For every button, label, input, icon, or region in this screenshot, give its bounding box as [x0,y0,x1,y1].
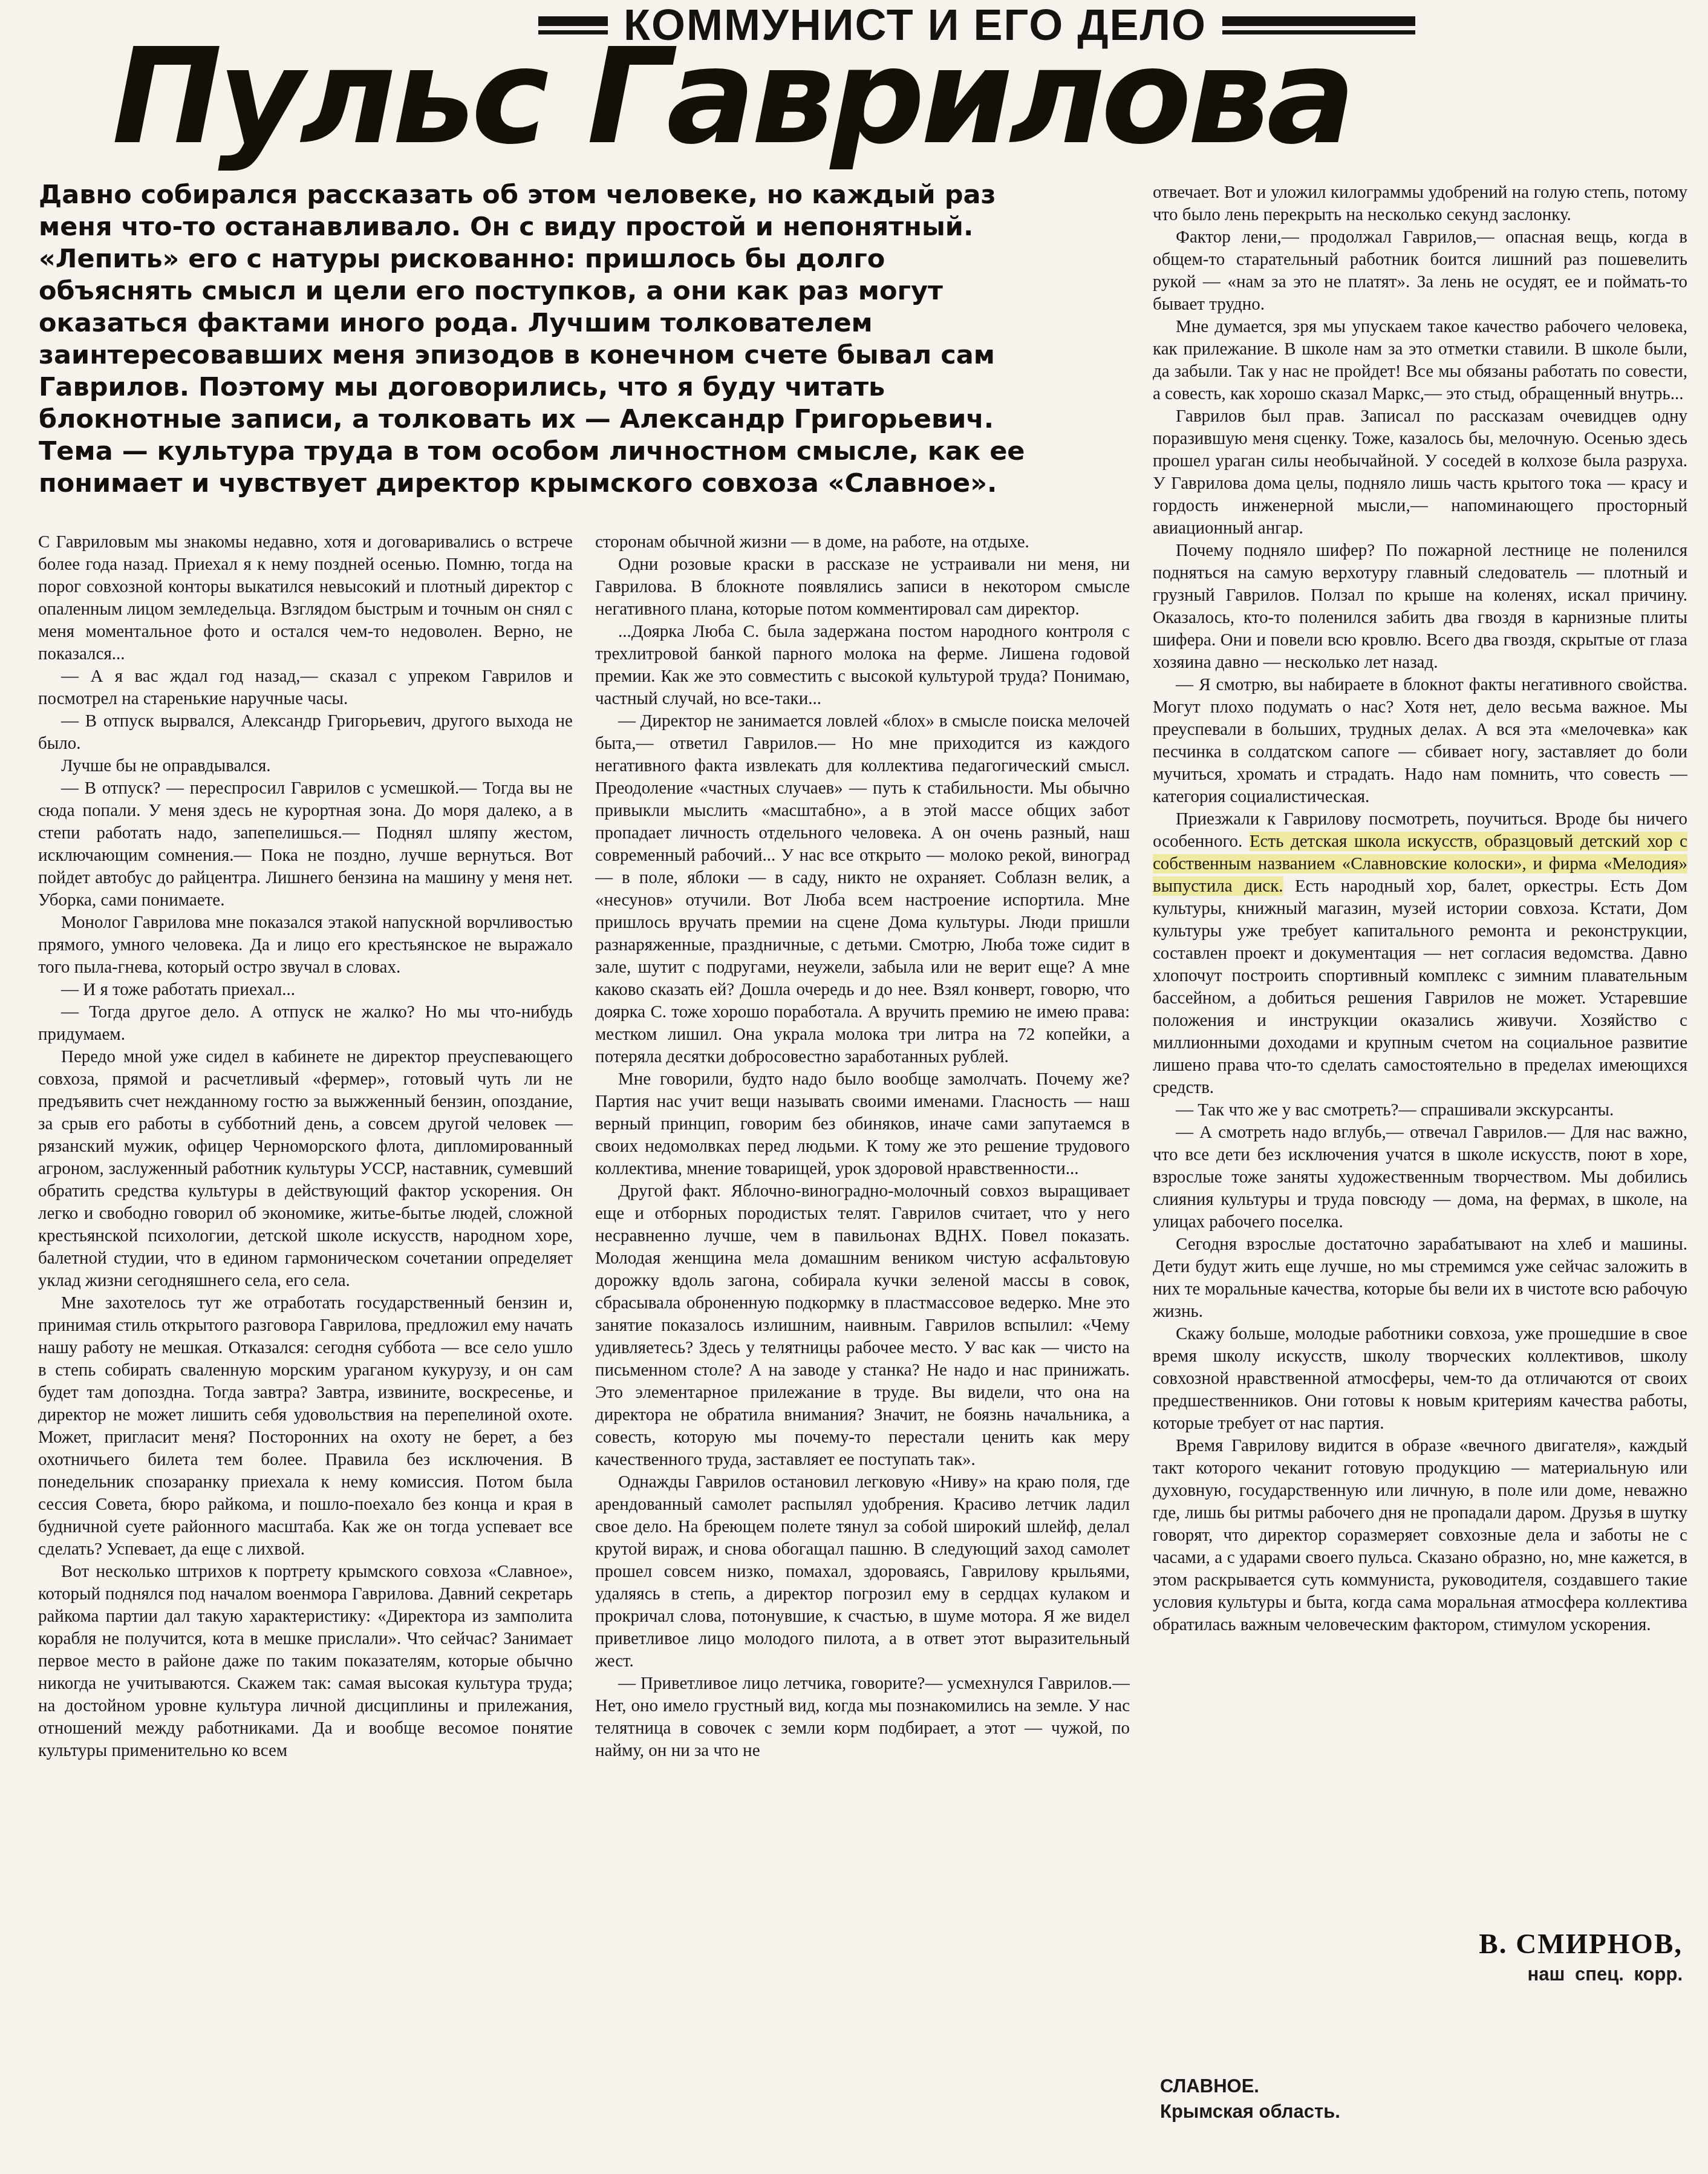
article-paragraph: Передо мной уже сидел в кабинете не дире… [38,1046,573,1292]
article-paragraph: С Гавриловым мы знакомы недавно, хотя и … [38,531,573,665]
article-paragraph: Гаврилов был прав. Записал по рассказам … [1153,405,1687,540]
article-column-2: сторонам обычной жизни — в доме, на рабо… [595,531,1130,2174]
article-paragraph: Другой факт. Яблочно-виноградно-молочный… [595,1180,1130,1471]
article-paragraph-with-highlight: Приезжали к Гаврилову посмотреть, поучит… [1153,808,1687,1099]
article-paragraph: Вот несколько штрихов к портрету крымско… [38,1561,573,1762]
article-column-3: отвечает. Вот и уложил килограммы удобре… [1153,181,1687,1919]
article-paragraph: Мне захотелось тут же отработать государ… [38,1292,573,1561]
article-paragraph: — А смотреть надо вглубь,— отвечал Гаври… [1153,1121,1687,1233]
article-paragraph: Лучше бы не оправдывался. [38,755,573,777]
newspaper-page: КОММУНИСТ И ЕГО ДЕЛО Пульс Гаврилова Дав… [0,0,1708,2174]
paragraph-text: Есть народный хор, балет, оркестры. Есть… [1153,876,1687,1097]
article-headline: Пульс Гаврилова [112,31,1479,163]
article-paragraph: Одни розовые краски в рассказе не устраи… [595,553,1130,621]
author-signature: В. СМИРНОВ, наш спец. корр. [1153,1927,1687,1988]
article-paragraph: Мне думается, зря мы упускаем такое каче… [1153,316,1687,405]
dateline: СЛАВНОЕ. Крымская область. [1160,2074,1583,2124]
article-column-1: С Гавриловым мы знакомы недавно, хотя и … [38,531,573,2174]
article-paragraph: — А я вас ждал год назад,— сказал с упре… [38,665,573,710]
article-paragraph: — И я тоже работать приехал... [38,979,573,1001]
article-paragraph: — В отпуск вырвался, Александр Григорьев… [38,710,573,755]
article-paragraph: Монолог Гаврилова мне показался этакой н… [38,912,573,979]
article-paragraph: сторонам обычной жизни — в доме, на рабо… [595,531,1130,553]
article-paragraph: Однажды Гаврилов остановил легковую «Нив… [595,1471,1130,1673]
article-paragraph: ...Доярка Люба С. была задержана постом … [595,621,1130,710]
article-paragraph: Мне говорили, будто надо было вообще зам… [595,1068,1130,1180]
article-paragraph: Сегодня взрослые достаточно зарабатывают… [1153,1233,1687,1323]
article-paragraph: — В отпуск? — переспросил Гаврилов с усм… [38,777,573,912]
article-paragraph: Время Гаврилову видится в образе «вечног… [1153,1435,1687,1636]
article-paragraph: отвечает. Вот и уложил килограммы удобре… [1153,181,1687,226]
article-paragraph: — Тогда другое дело. А отпуск не жалко? … [38,1001,573,1046]
dateline-region: Крымская область. [1160,2099,1583,2124]
dateline-place: СЛАВНОЕ. [1160,2074,1583,2099]
article-paragraph: Скажу больше, молодые работники совхоза,… [1153,1323,1687,1435]
article-paragraph: — Директор не занимается ловлей «блох» в… [595,710,1130,1068]
article-paragraph: — Я смотрю, вы набираете в блокнот факты… [1153,674,1687,808]
author-name: В. СМИРНОВ, [1153,1927,1683,1961]
article-paragraph: Фактор лени,— продолжал Гаврилов,— опасн… [1153,226,1687,316]
article-lede: Давно собирался рассказать об этом челов… [39,179,1031,500]
article-paragraph: — Так что же у вас смотреть?— спрашивали… [1153,1099,1687,1121]
author-role: наш спец. корр. [1153,1961,1683,1988]
article-paragraph: — Приветливое лицо летчика, говорите?— у… [595,1673,1130,1762]
article-paragraph: Почему подняло шифер? По пожарной лестни… [1153,540,1687,674]
